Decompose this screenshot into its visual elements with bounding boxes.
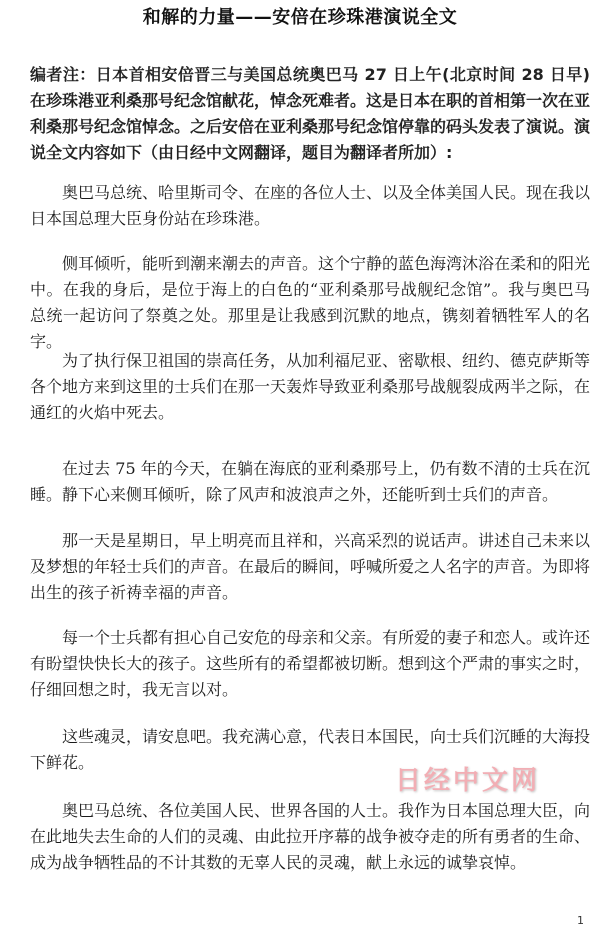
paragraph: 在过去 75 年的今天，在躺在海底的亚利桑那号上，仍有数不清的士兵在沉睡。静下心… [30,456,590,508]
editor-note: 编者注：日本首相安倍晋三与美国总统奥巴马 27 日上午(北京时间 28 日早)在… [30,62,590,166]
paragraph: 奥巴马总统、哈里斯司令、在座的各位人士、以及全体美国人民。现在我以日本国总理大臣… [30,180,590,232]
paragraph: 每一个士兵都有担心自己安危的母亲和父亲。有所爱的妻子和恋人。或许还有盼望快快长大… [30,625,590,703]
watermark-logo: 日经中文网 [395,760,540,797]
page-number: 1 [577,914,584,927]
paragraph: 奥巴马总统、各位美国人民、世界各国的人士。我作为日本国总理大臣，向在此地失去生命… [30,798,590,876]
paragraph: 那一天是星期日，早上明亮而且祥和，兴高采烈的说话声。讲述自己未来以及梦想的年轻士… [30,528,590,606]
paragraph: 为了执行保卫祖国的崇高任务，从加利福尼亚、密歇根、纽约、德克萨斯等各个地方来到这… [30,348,590,426]
page-title: 和解的力量——安倍在珍珠港演说全文 [0,6,600,30]
paragraph: 侧耳倾听，能听到潮来潮去的声音。这个宁静的蓝色海湾沐浴在柔和的阳光中。在我的身后… [30,251,590,355]
